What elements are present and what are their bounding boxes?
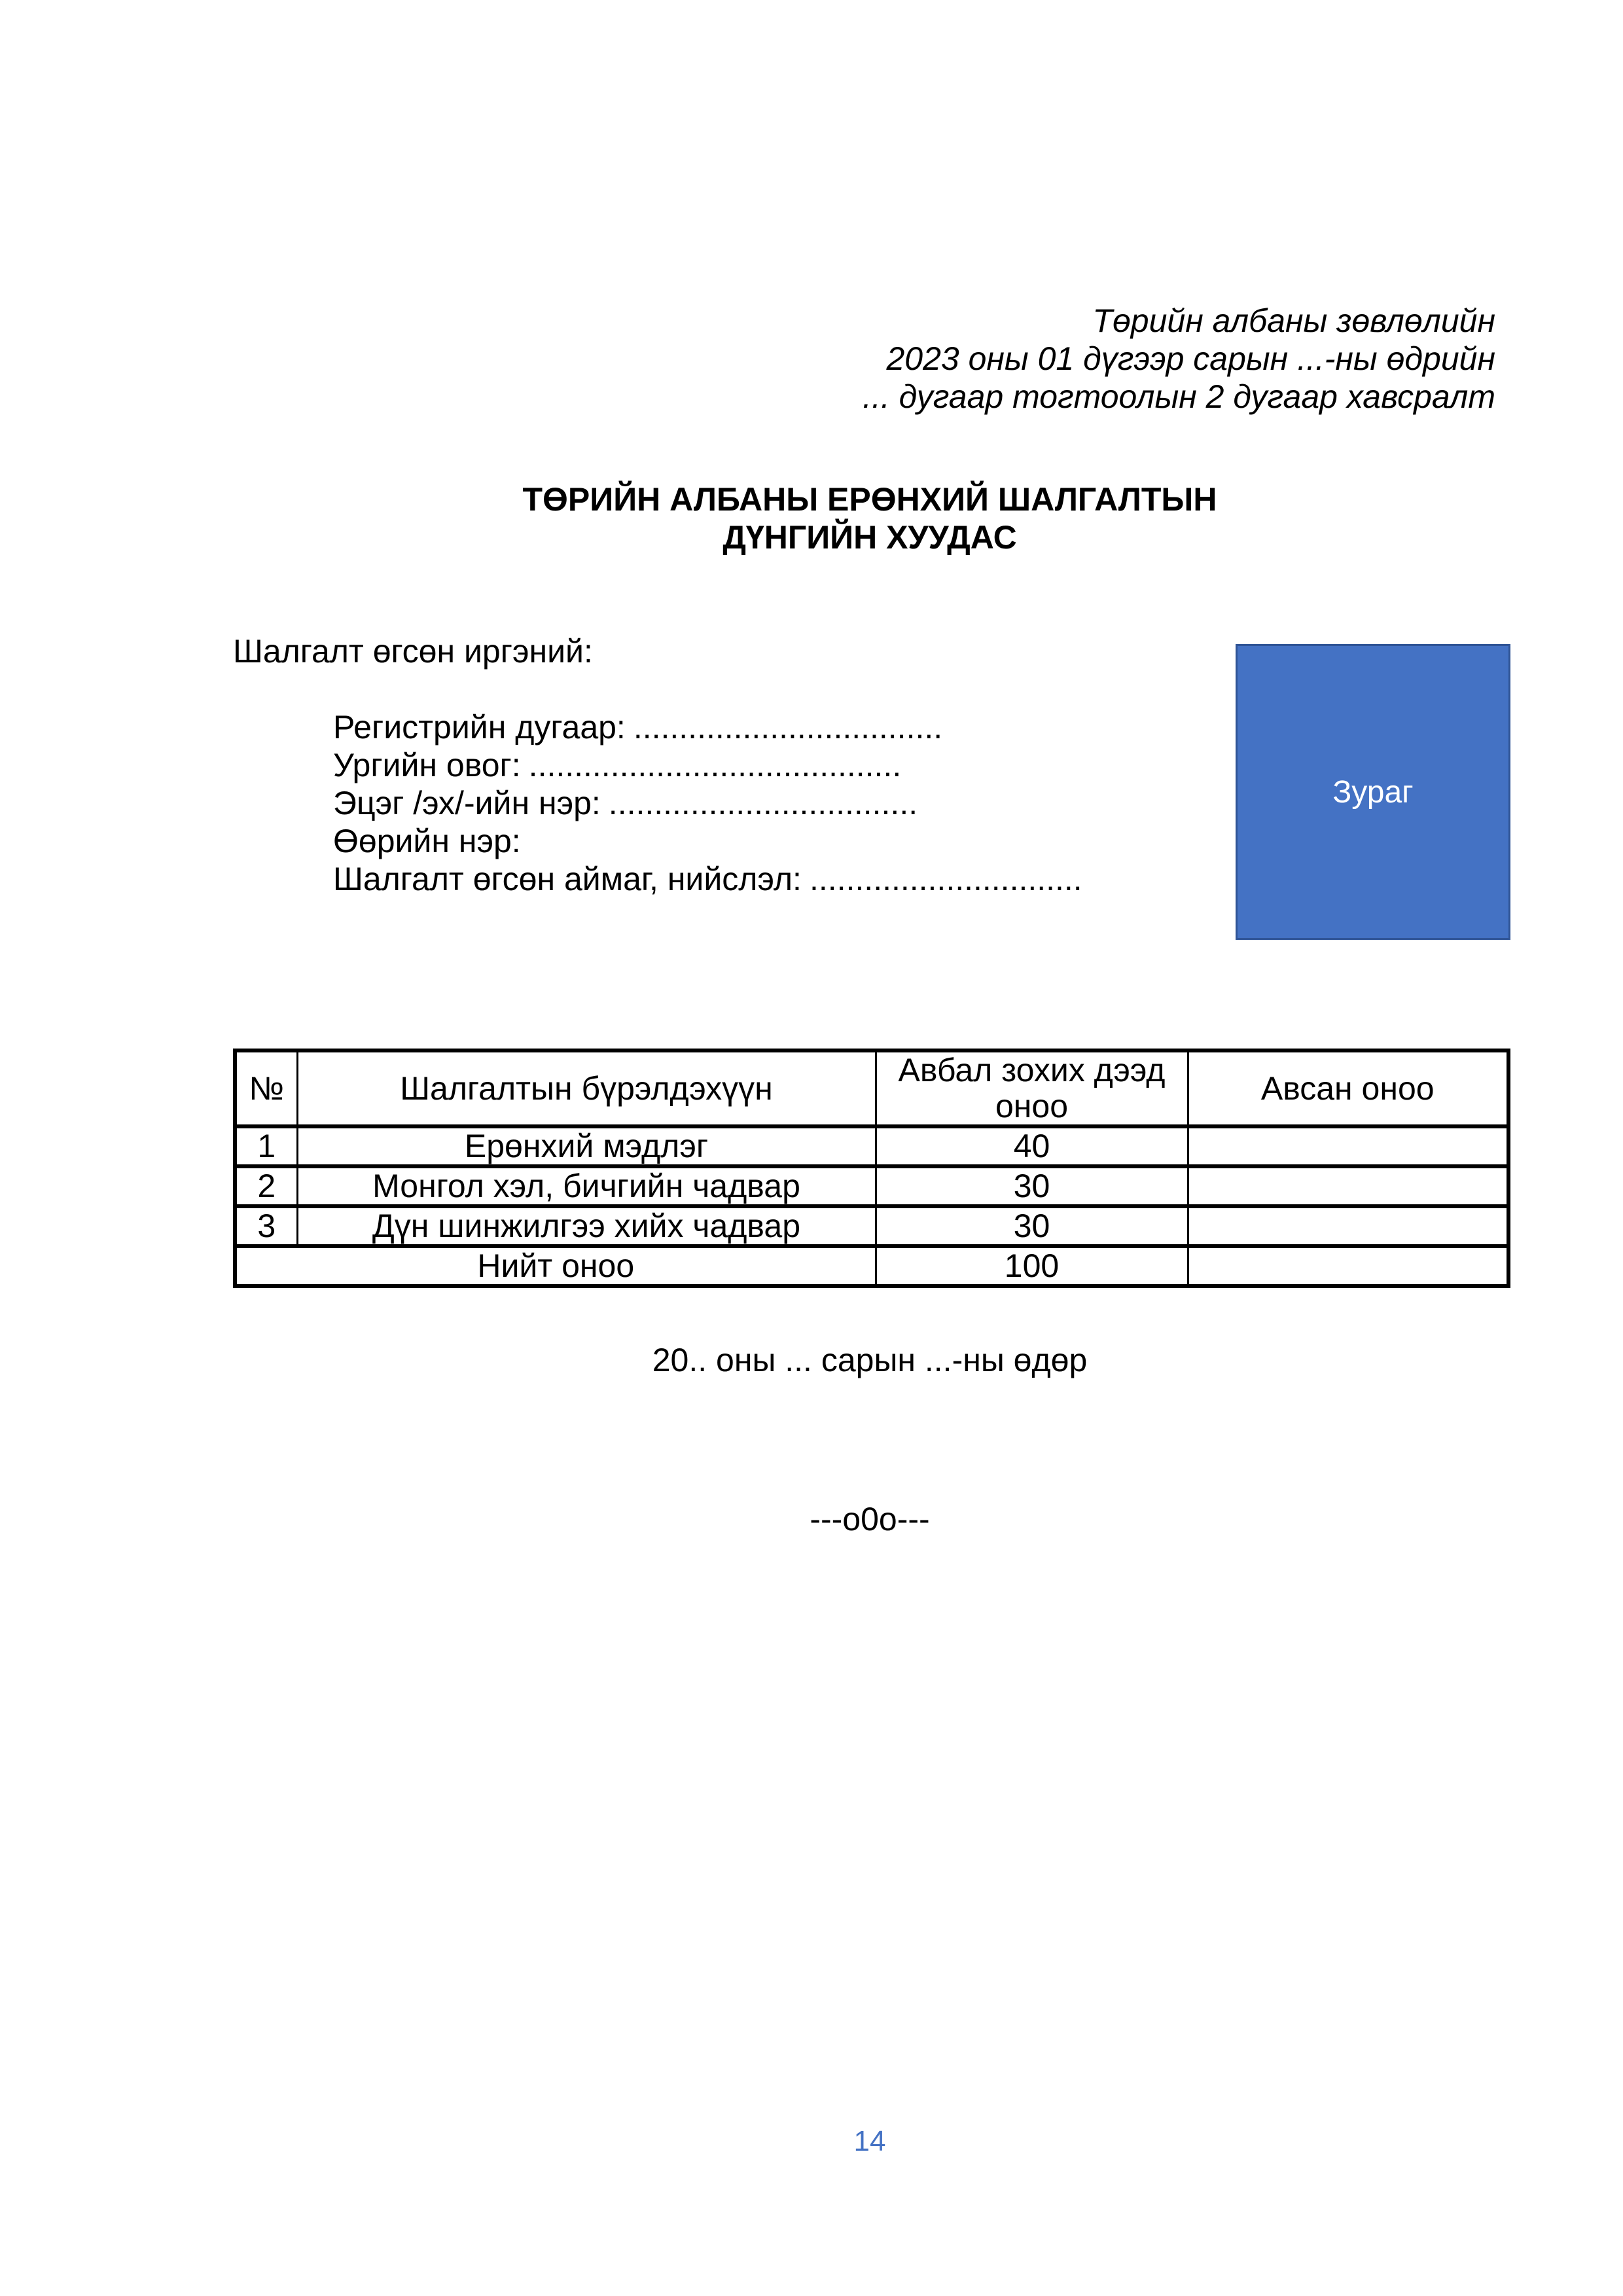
page-number: 14 (233, 2125, 1507, 2159)
header-cell-no: № (235, 1050, 297, 1126)
cell-received-score (1188, 1126, 1508, 1166)
fill-in-dots: .............................. (810, 861, 1082, 897)
appendix-note-line: ... дугаар тогтоолын 2 дугаар хавсралт (863, 378, 1495, 416)
cell-row-number: 2 (235, 1166, 297, 1206)
score-table-header-row: № Шалгалтын бүрэлдэхүүн Авбал зохих дээд… (235, 1050, 1508, 1126)
score-table: № Шалгалтын бүрэлдэхүүн Авбал зохих дээд… (233, 1049, 1510, 1288)
header-cell-component: Шалгалтын бүрэлдэхүүн (297, 1050, 876, 1126)
field-registration-number: Регистрийн дугаар:......................… (333, 708, 1082, 746)
field-exam-province: Шалгалт өгсөн аймаг, нийслэл:...........… (333, 860, 1082, 898)
cell-max-score: 30 (876, 1206, 1188, 1246)
field-label: Шалгалт өгсөн аймаг, нийслэл: (333, 861, 802, 897)
header-cell-max-score: Авбал зохих дээд оноо (876, 1050, 1188, 1126)
applicant-fields: Регистрийн дугаар:......................… (333, 708, 1082, 898)
appendix-note: Төрийн албаны зөвлөлийн 2023 оны 01 дүгэ… (863, 302, 1495, 416)
document-title-line2: ДҮНГИЙН ХУУДАС (233, 518, 1507, 556)
field-family-name: Ургийн овог:............................… (333, 746, 1082, 784)
appendix-note-line: 2023 оны 01 дүгээр сарын ...-ны өдрийн (863, 340, 1495, 378)
fill-in-dots: .................................. (633, 709, 942, 745)
cell-total-max-score: 100 (876, 1246, 1188, 1286)
document-title-line1: ТӨРИЙН АЛБАНЫ ЕРӨНХИЙ ШАЛГАЛТЫН (233, 480, 1507, 518)
date-line: 20.. оны ... сарын ...-ны өдөр (233, 1341, 1507, 1379)
table-row: 3 Дүн шинжилгээ хийх чадвар 30 (235, 1206, 1508, 1246)
table-total-row: Нийт оноо 100 (235, 1246, 1508, 1286)
cell-max-score: 30 (876, 1166, 1188, 1206)
cell-row-number: 3 (235, 1206, 297, 1246)
cell-component: Монгол хэл, бичгийн чадвар (297, 1166, 876, 1206)
field-label: Эцэг /эх/-ийн нэр: (333, 785, 601, 821)
header-cell-received-score: Авсан оноо (1188, 1050, 1508, 1126)
cell-total-label: Нийт оноо (235, 1246, 876, 1286)
field-label: Регистрийн дугаар: (333, 709, 626, 745)
document-title: ТӨРИЙН АЛБАНЫ ЕРӨНХИЙ ШАЛГАЛТЫН ДҮНГИЙН … (233, 480, 1507, 556)
cell-received-score (1188, 1166, 1508, 1206)
cell-component: Дүн шинжилгээ хийх чадвар (297, 1206, 876, 1246)
cell-row-number: 1 (235, 1126, 297, 1166)
end-separator: ---о0о--- (233, 1500, 1507, 1538)
photo-placeholder-label: Зураг (1332, 774, 1413, 810)
field-label: Өөрийн нэр: (333, 823, 521, 859)
photo-placeholder-box: Зураг (1236, 644, 1510, 940)
appendix-note-line: Төрийн албаны зөвлөлийн (863, 302, 1495, 340)
cell-received-score (1188, 1206, 1508, 1246)
fill-in-dots: ........................................… (529, 747, 902, 783)
field-parent-name: Эцэг /эх/-ийн нэр:......................… (333, 784, 1082, 822)
table-row: 2 Монгол хэл, бичгийн чадвар 30 (235, 1166, 1508, 1206)
table-row: 1 Ерөнхий мэдлэг 40 (235, 1126, 1508, 1166)
cell-max-score: 40 (876, 1126, 1188, 1166)
cell-component: Ерөнхий мэдлэг (297, 1126, 876, 1166)
document-page: Төрийн албаны зөвлөлийн 2023 оны 01 дүгэ… (0, 0, 1623, 2296)
score-table-container: № Шалгалтын бүрэлдэхүүн Авбал зохих дээд… (233, 1049, 1510, 1288)
fill-in-dots: .................................. (609, 785, 918, 821)
applicant-section-heading: Шалгалт өгсөн иргэний: (233, 632, 593, 670)
field-label: Ургийн овог: (333, 747, 521, 783)
cell-total-received-score (1188, 1246, 1508, 1286)
field-own-name: Өөрийн нэр: (333, 822, 1082, 860)
